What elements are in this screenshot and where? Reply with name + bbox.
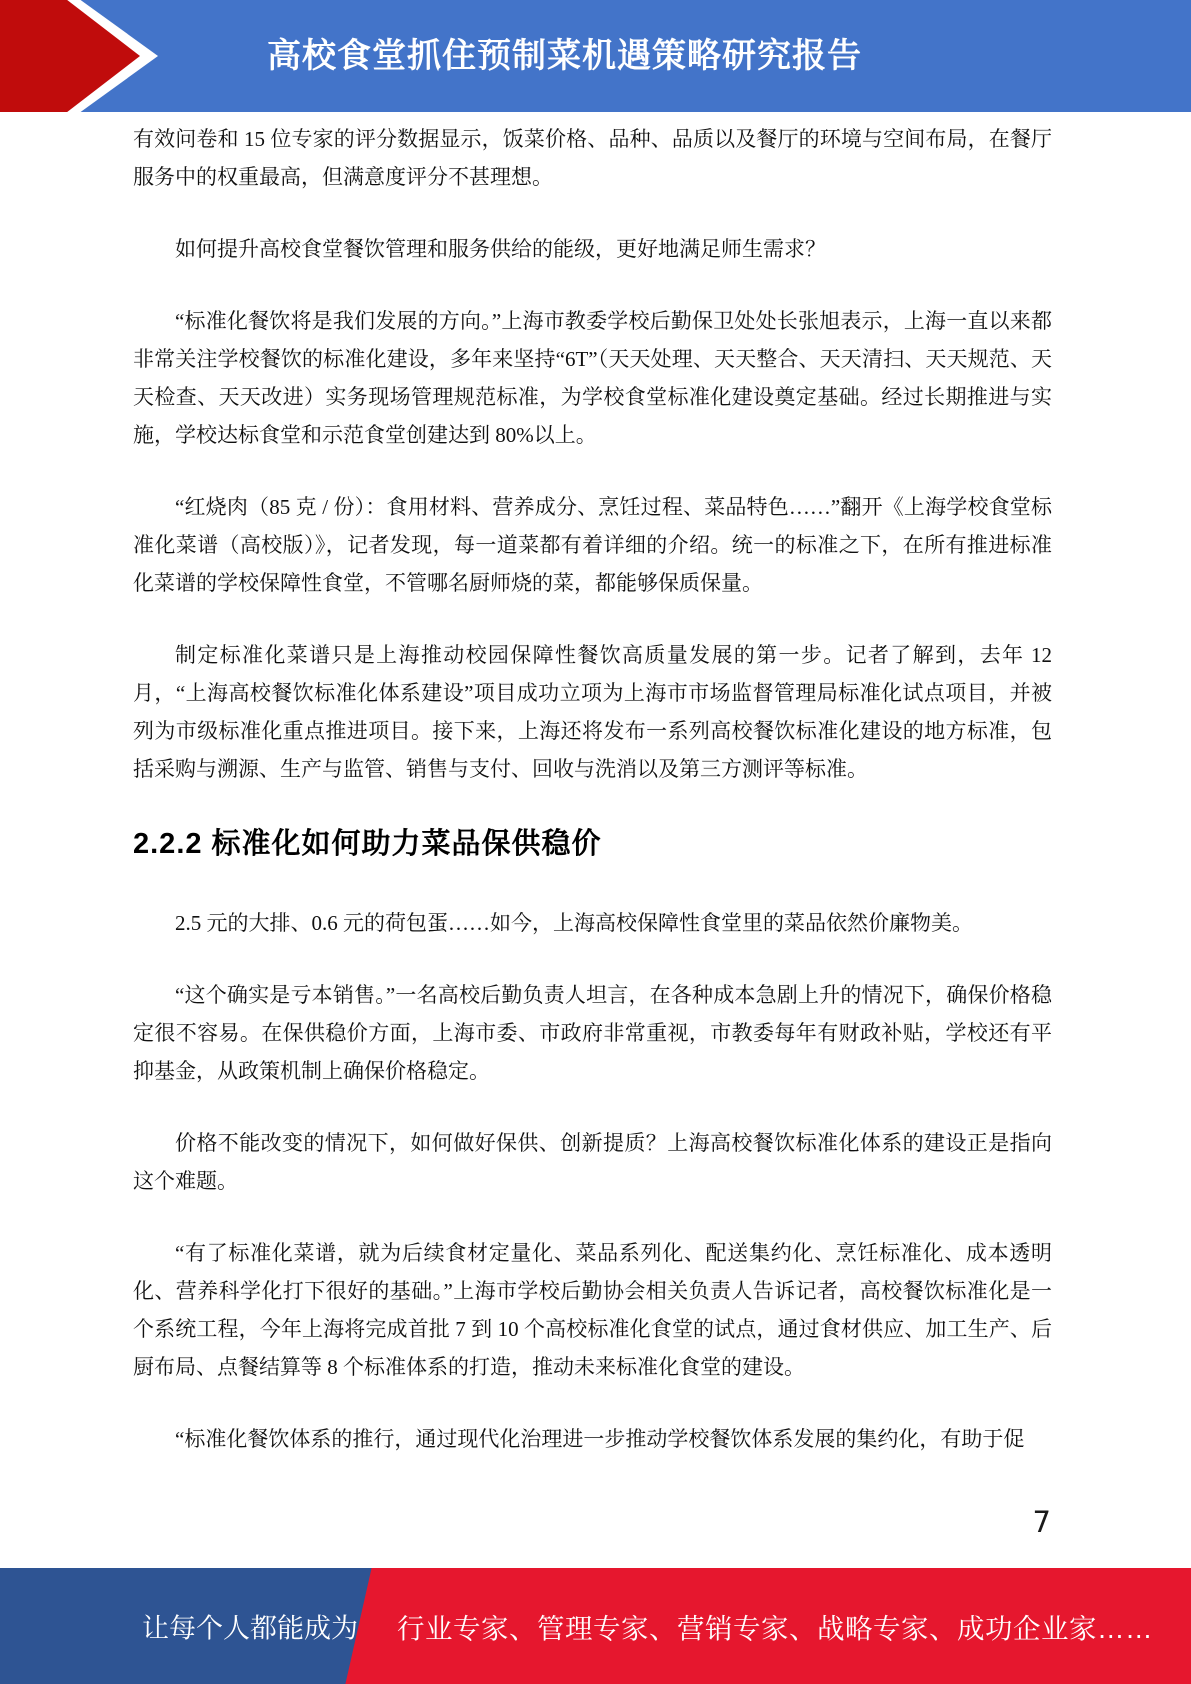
header-banner: 高校食堂抓住预制菜机遇策略研究报告 (0, 0, 1191, 112)
paragraph: 2.5 元的大排、0.6 元的荷包蛋……如今，上海高校保障性食堂里的菜品依然价廉… (133, 904, 1052, 942)
paragraph: “红烧肉（85 克 / 份）：食用材料、营养成分、烹饪过程、菜品特色……”翻开《… (133, 488, 1052, 602)
paragraph: “标准化餐饮将是我们发展的方向。”上海市教委学校后勤保卫处处长张旭表示，上海一直… (133, 302, 1052, 454)
paragraph: “标准化餐饮体系的推行，通过现代化治理进一步推动学校餐饮体系发展的集约化，有助于… (133, 1420, 1052, 1458)
paragraph: 制定标准化菜谱只是上海推动校园保障性餐饮高质量发展的第一步。记者了解到，去年 1… (133, 636, 1052, 788)
body-text: 有效问卷和 15 位专家的评分数据显示，饭菜价格、品种、品质以及餐厅的环境与空间… (133, 120, 1052, 1492)
paragraph: “有了标准化菜谱，就为后续食材定量化、菜品系列化、配送集约化、烹饪标准化、成本透… (133, 1234, 1052, 1386)
report-title: 高校食堂抓住预制菜机遇策略研究报告 (0, 0, 1191, 112)
paragraph: 如何提升高校食堂餐饮管理和服务供给的能级，更好地满足师生需求？ (133, 230, 1052, 268)
paragraph: “这个确实是亏本销售。”一名高校后勤负责人坦言，在各种成本急剧上升的情况下，确保… (133, 976, 1052, 1090)
section-heading: 2.2.2 标准化如何助力菜品保供稳价 (133, 822, 1052, 866)
footer-banner: 让每个人都能成为 行业专家、管理专家、营销专家、战略专家、成功企业家…… (0, 1568, 1191, 1684)
page-number: 7 (1033, 1505, 1051, 1539)
report-page: 高校食堂抓住预制菜机遇策略研究报告 有效问卷和 15 位专家的评分数据显示，饭菜… (0, 0, 1191, 1684)
footer-slogan-left: 让每个人都能成为 (142, 1607, 358, 1646)
paragraph: 有效问卷和 15 位专家的评分数据显示，饭菜价格、品种、品质以及餐厅的环境与空间… (133, 120, 1052, 196)
paragraph: 价格不能改变的情况下，如何做好保供、创新提质？上海高校餐饮标准化体系的建设正是指… (133, 1124, 1052, 1200)
footer-slogan-right: 行业专家、管理专家、营销专家、战略专家、成功企业家…… (397, 1606, 1153, 1646)
